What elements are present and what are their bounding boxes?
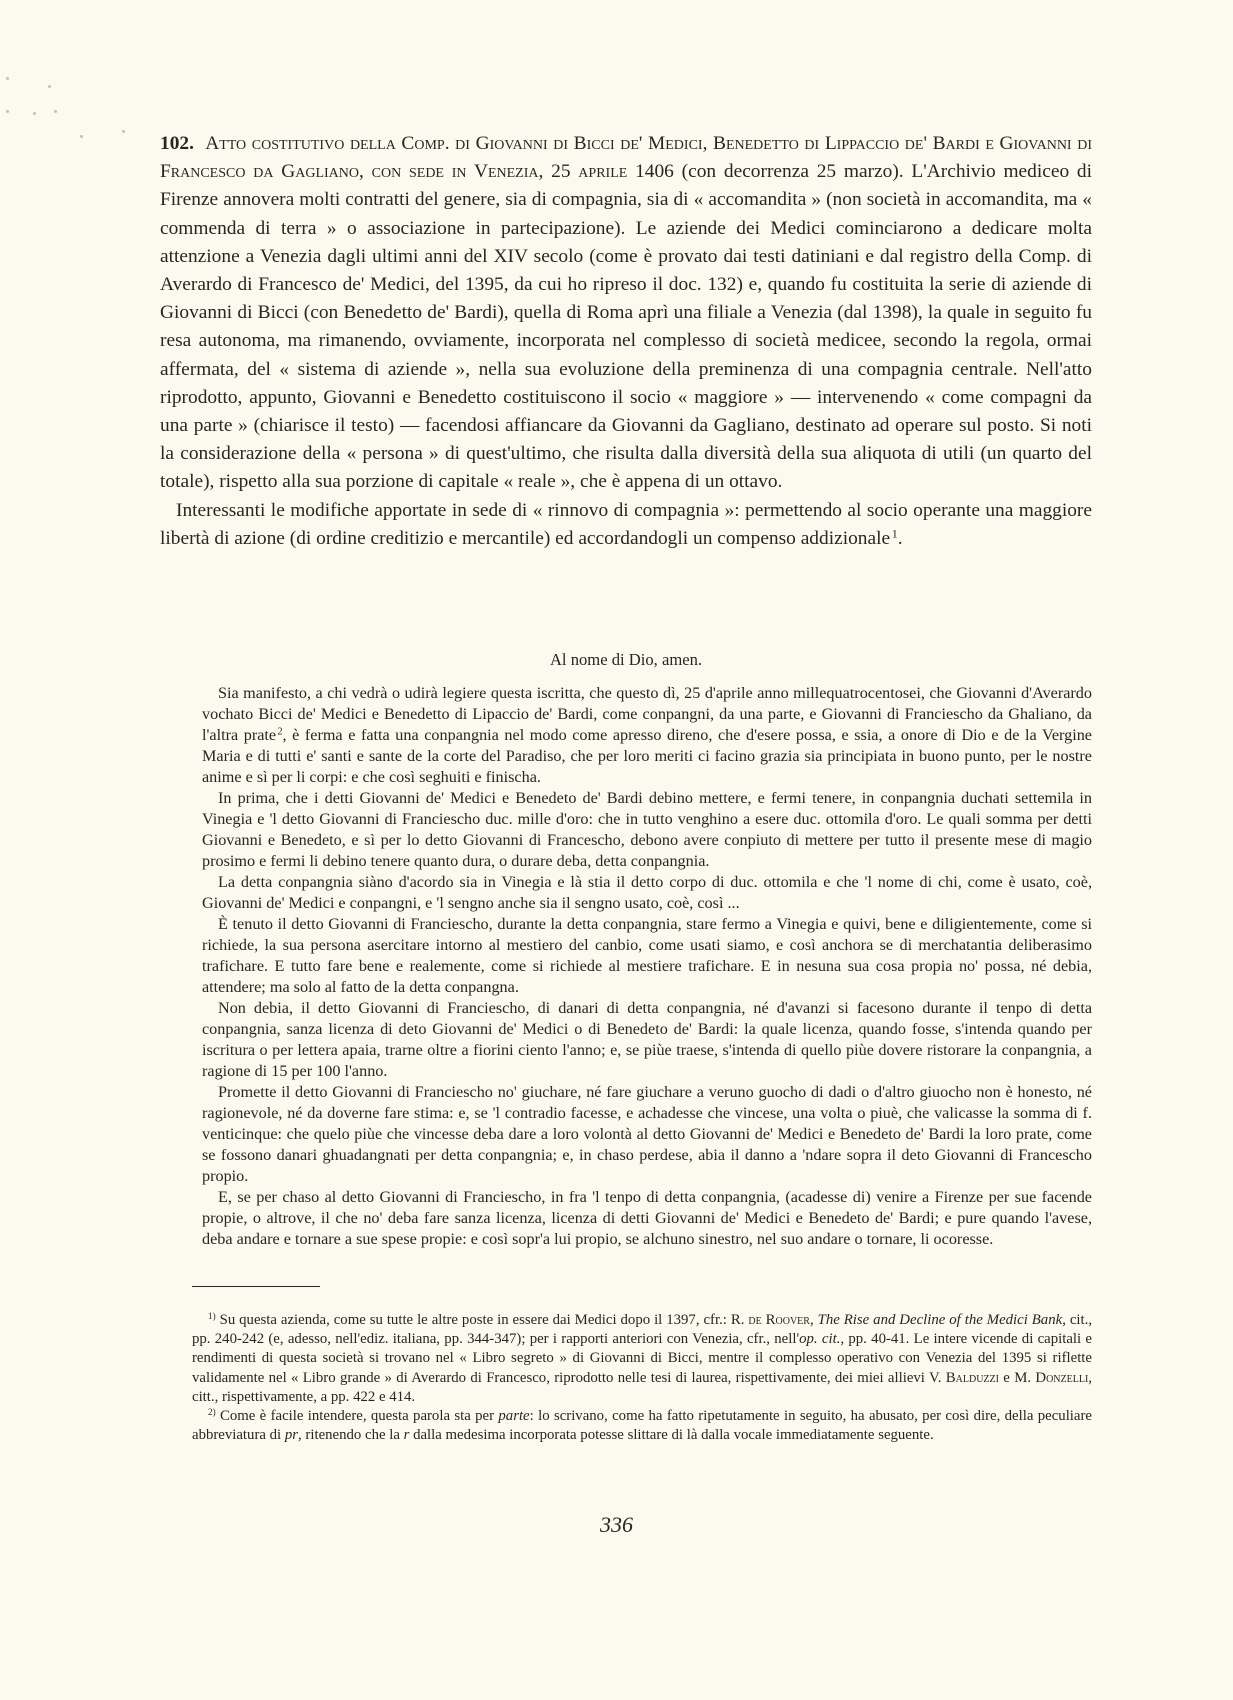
document-paragraph: La detta conpangnia siàno d'acordo sia i… [202, 872, 1092, 914]
footnote-text: dalla medesima incorporata potesse slitt… [409, 1427, 933, 1443]
document-transcription: Sia manifesto, a chi vedrà o udirà legie… [202, 683, 1092, 1250]
author-name: Donzelli [1035, 1370, 1088, 1386]
page-number: 336 [0, 1512, 1233, 1538]
commentary-text: (con decorrenza 25 marzo). L'Archivio me… [160, 161, 1092, 492]
paper-speck [80, 135, 83, 138]
document-paragraph: Non debia, il detto Giovanni di Francies… [202, 998, 1092, 1082]
footnote-1: 1) Su questa azienda, come su tutte le a… [192, 1311, 1092, 1407]
commentary-section: 102. Atto costitutivo della Comp. di Gio… [160, 130, 1092, 553]
paper-speck [48, 85, 51, 88]
paper-speck [122, 130, 125, 133]
paper-speck [54, 110, 57, 113]
author-name: Balduzzi [946, 1370, 999, 1386]
footnote-marker: 1) [208, 1311, 216, 1321]
italic-term: parte [498, 1408, 529, 1424]
footnote-text: , [810, 1312, 818, 1328]
footnote-text: , ritenendo che la [298, 1427, 404, 1443]
document-paragraph: E, se per chaso al detto Giovanni di Fra… [202, 1187, 1092, 1250]
page: 102. Atto costitutivo della Comp. di Gio… [160, 130, 1092, 1445]
footnote-divider [192, 1286, 320, 1287]
book-title: The Rise and Decline of the Medici Bank [818, 1312, 1063, 1328]
document-paragraph: In prima, che i detti Giovanni de' Medic… [202, 788, 1092, 872]
punctuation: . [898, 528, 903, 549]
italic-term: pr [285, 1427, 298, 1443]
footnote-text: Su questa azienda, come su tutte le altr… [216, 1312, 749, 1328]
document-invocation: Al nome di Dio, amen. [160, 649, 1092, 671]
footnote-text: Come è facile intendere, questa parola s… [216, 1408, 499, 1424]
footnote-text: e M. [999, 1370, 1035, 1386]
paper-speck [33, 112, 36, 115]
footnotes: 1) Su questa azienda, come su tutte le a… [192, 1311, 1092, 1445]
paper-speck [6, 77, 9, 80]
document-paragraph: È tenuto il detto Giovanni di Franciesch… [202, 914, 1092, 998]
document-paragraph: Promette il detto Giovanni di Franciesch… [202, 1082, 1092, 1187]
document-paragraph: Sia manifesto, a chi vedrà o udirà legie… [202, 683, 1092, 788]
paper-speck [6, 110, 9, 113]
commentary-paragraph-2: Interessanti le modifiche apportate in s… [160, 497, 1092, 553]
footnote-marker: 2) [208, 1407, 216, 1417]
commentary-text: Interessanti le modifiche apportate in s… [160, 500, 1092, 549]
citation-abbrev: op. cit. [799, 1331, 840, 1347]
document-text: , è ferma e fatta una conpangnia nel mod… [202, 726, 1092, 786]
document-number: 102. [160, 133, 194, 154]
commentary-paragraph-1: 102. Atto costitutivo della Comp. di Gio… [160, 130, 1092, 497]
author-name: de Roover [748, 1312, 810, 1328]
footnote-2: 2) Come è facile intendere, questa parol… [192, 1407, 1092, 1445]
